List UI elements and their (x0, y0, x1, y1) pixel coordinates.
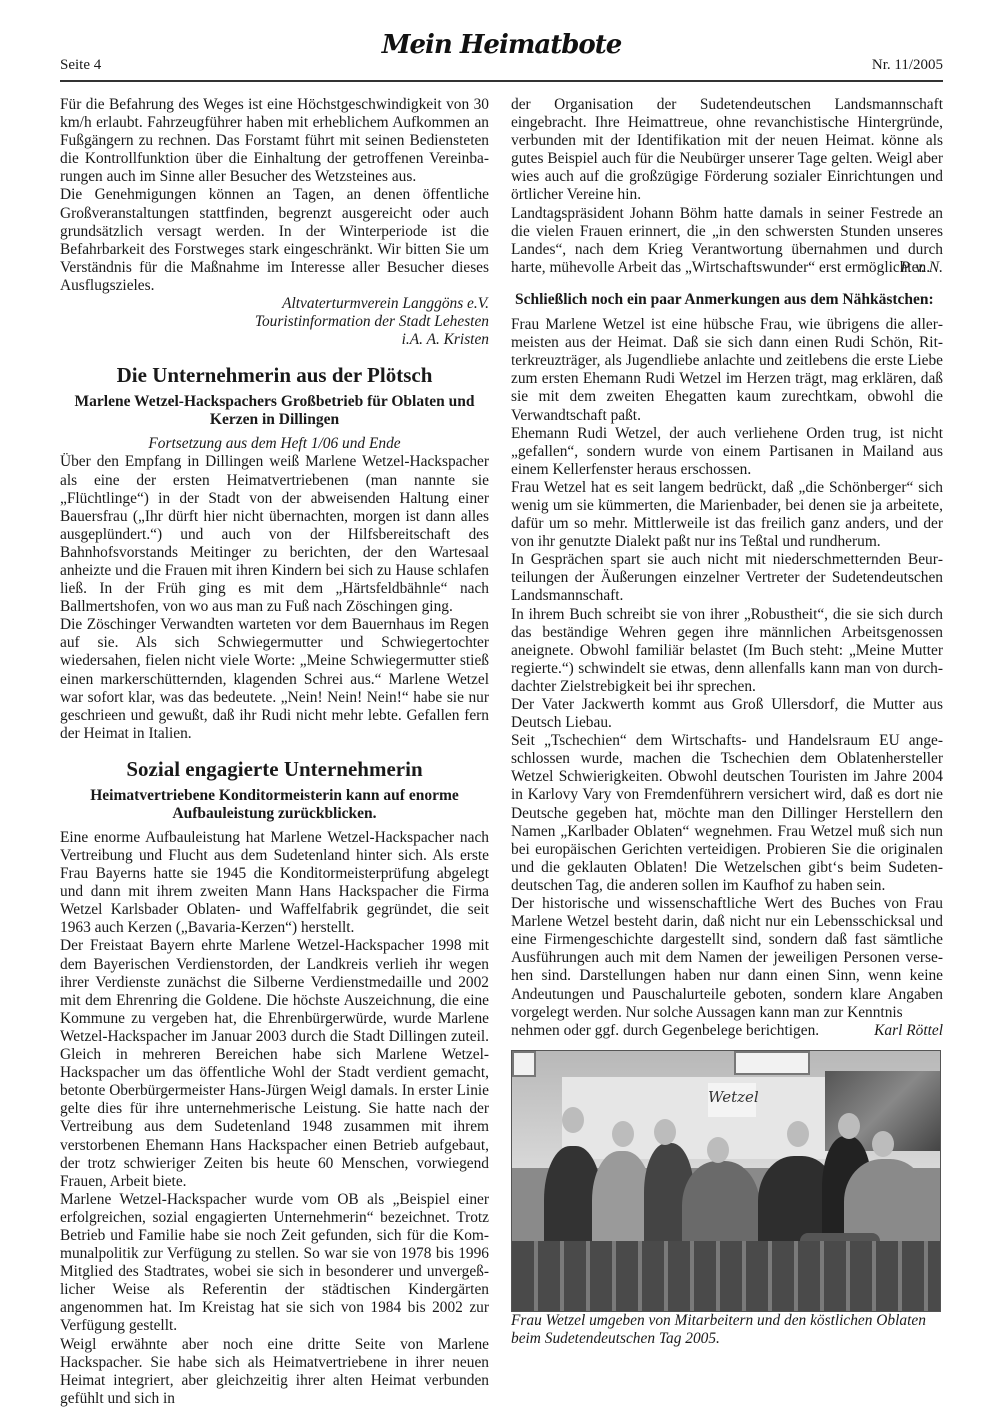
final-line-text: nehmen oder ggf. durch Gegenbelege beric… (511, 1022, 819, 1040)
article-paragraph: Landtagspräsident Johann Böhm hatte dama… (511, 205, 943, 277)
article-paragraph: Der Freistaat Bayern ehrte Marlene Wetze… (60, 937, 489, 1190)
article-paragraph: In ihrem Buch schreibt sie von ihrer „Ro… (511, 606, 943, 696)
article-subtitle: Heimatvertriebene Konditormeisterin kann… (60, 787, 489, 823)
page-number: Seite 4 (60, 57, 101, 74)
article-paragraph: Marlene Wetzel-Hackspacher wurde vom OB … (60, 1191, 489, 1336)
section-heading: Schließlich noch ein paar Anmerkungen au… (515, 291, 943, 309)
person-head (838, 1113, 860, 1139)
article-title: Sozial engagierte Unternehmerin (60, 757, 489, 781)
issue-number: Nr. 11/2005 (872, 57, 943, 74)
right-column: der Organisation der Sudetendeutschen La… (511, 96, 943, 1349)
intro-paragraph: Für die Befahrung des Weges ist eine Höc… (60, 96, 489, 186)
article-paragraph: Ehemann Rudi Wetzel, der auch verliehene… (511, 425, 943, 479)
page-header: Seite 4 Mein Heimatbote Nr. 11/2005 (60, 30, 943, 82)
person-head (787, 1121, 809, 1147)
signature-line: i.A. A. Kristen (60, 331, 489, 349)
article-paragraph: Frau Marlene Wetzel ist eine hübsche Fra… (511, 316, 943, 425)
photo-window (734, 1051, 810, 1075)
news-photo: Wetzel (511, 1050, 941, 1312)
person-head (707, 1137, 729, 1163)
wetzel-sign: Wetzel (708, 1083, 756, 1117)
masthead-logo: Mein Heimatbote (382, 30, 622, 60)
photo-window (512, 1051, 536, 1077)
signature-line: Touristinformation der Stadt Lehesten (60, 313, 489, 331)
article-paragraph: Seit „Tschechien“ dem Wirtschafts- und H… (511, 732, 943, 895)
photo-booth-panel (562, 1077, 832, 1159)
signature-line: Altvaterturmverein Langgöns e.V. (60, 295, 489, 313)
photo-caption: Frau Wetzel umgeben von Mitarbeitern und… (511, 1312, 943, 1349)
article-paragraph: Der Vater Jackwerth kommt aus Groß Uller… (511, 696, 943, 732)
article-paragraph: Der historische und wissenschaftliche We… (511, 895, 943, 1022)
article-paragraph: der Organisation der Sudetendeutschen La… (511, 96, 943, 205)
article-title: Die Unternehmerin aus der Plötsch (60, 363, 489, 387)
person-head (654, 1119, 676, 1145)
continuation-note: Fortsetzung aus dem Heft 1/06 und Ende (60, 435, 489, 453)
person-head (872, 1131, 894, 1157)
article-paragraph: Über den Empfang in Dillingen weiß Marle… (60, 453, 489, 616)
final-line-with-signature: nehmen oder ggf. durch Gegenbelege beric… (511, 1022, 943, 1040)
person-head (612, 1121, 634, 1147)
article-paragraph: In Gesprächen spart sie auch nicht mit n… (511, 551, 943, 605)
article-paragraph: Weigl erwähnte aber noch eine dritte Sei… (60, 1336, 489, 1408)
article-paragraph: Eine enorme Aufbauleistung hat Marlene W… (60, 829, 489, 938)
header-rule (60, 80, 943, 82)
article-paragraph: Frau Wetzel hat es seit langem bedrückt,… (511, 479, 943, 551)
left-column: Für die Befahrung des Weges ist eine Höc… (60, 96, 489, 1408)
author-signature: Karl Röttel (874, 1022, 943, 1040)
product-table (512, 1241, 940, 1311)
intro-paragraph: Die Genehmigungen können an Tagen, an de… (60, 186, 489, 295)
article-subtitle: Marlene Wetzel-Hackspachers Großbetrieb … (60, 393, 489, 429)
article-paragraph: Die Zöschinger Verwandten warteten vor d… (60, 616, 489, 743)
person-head (562, 1107, 584, 1133)
